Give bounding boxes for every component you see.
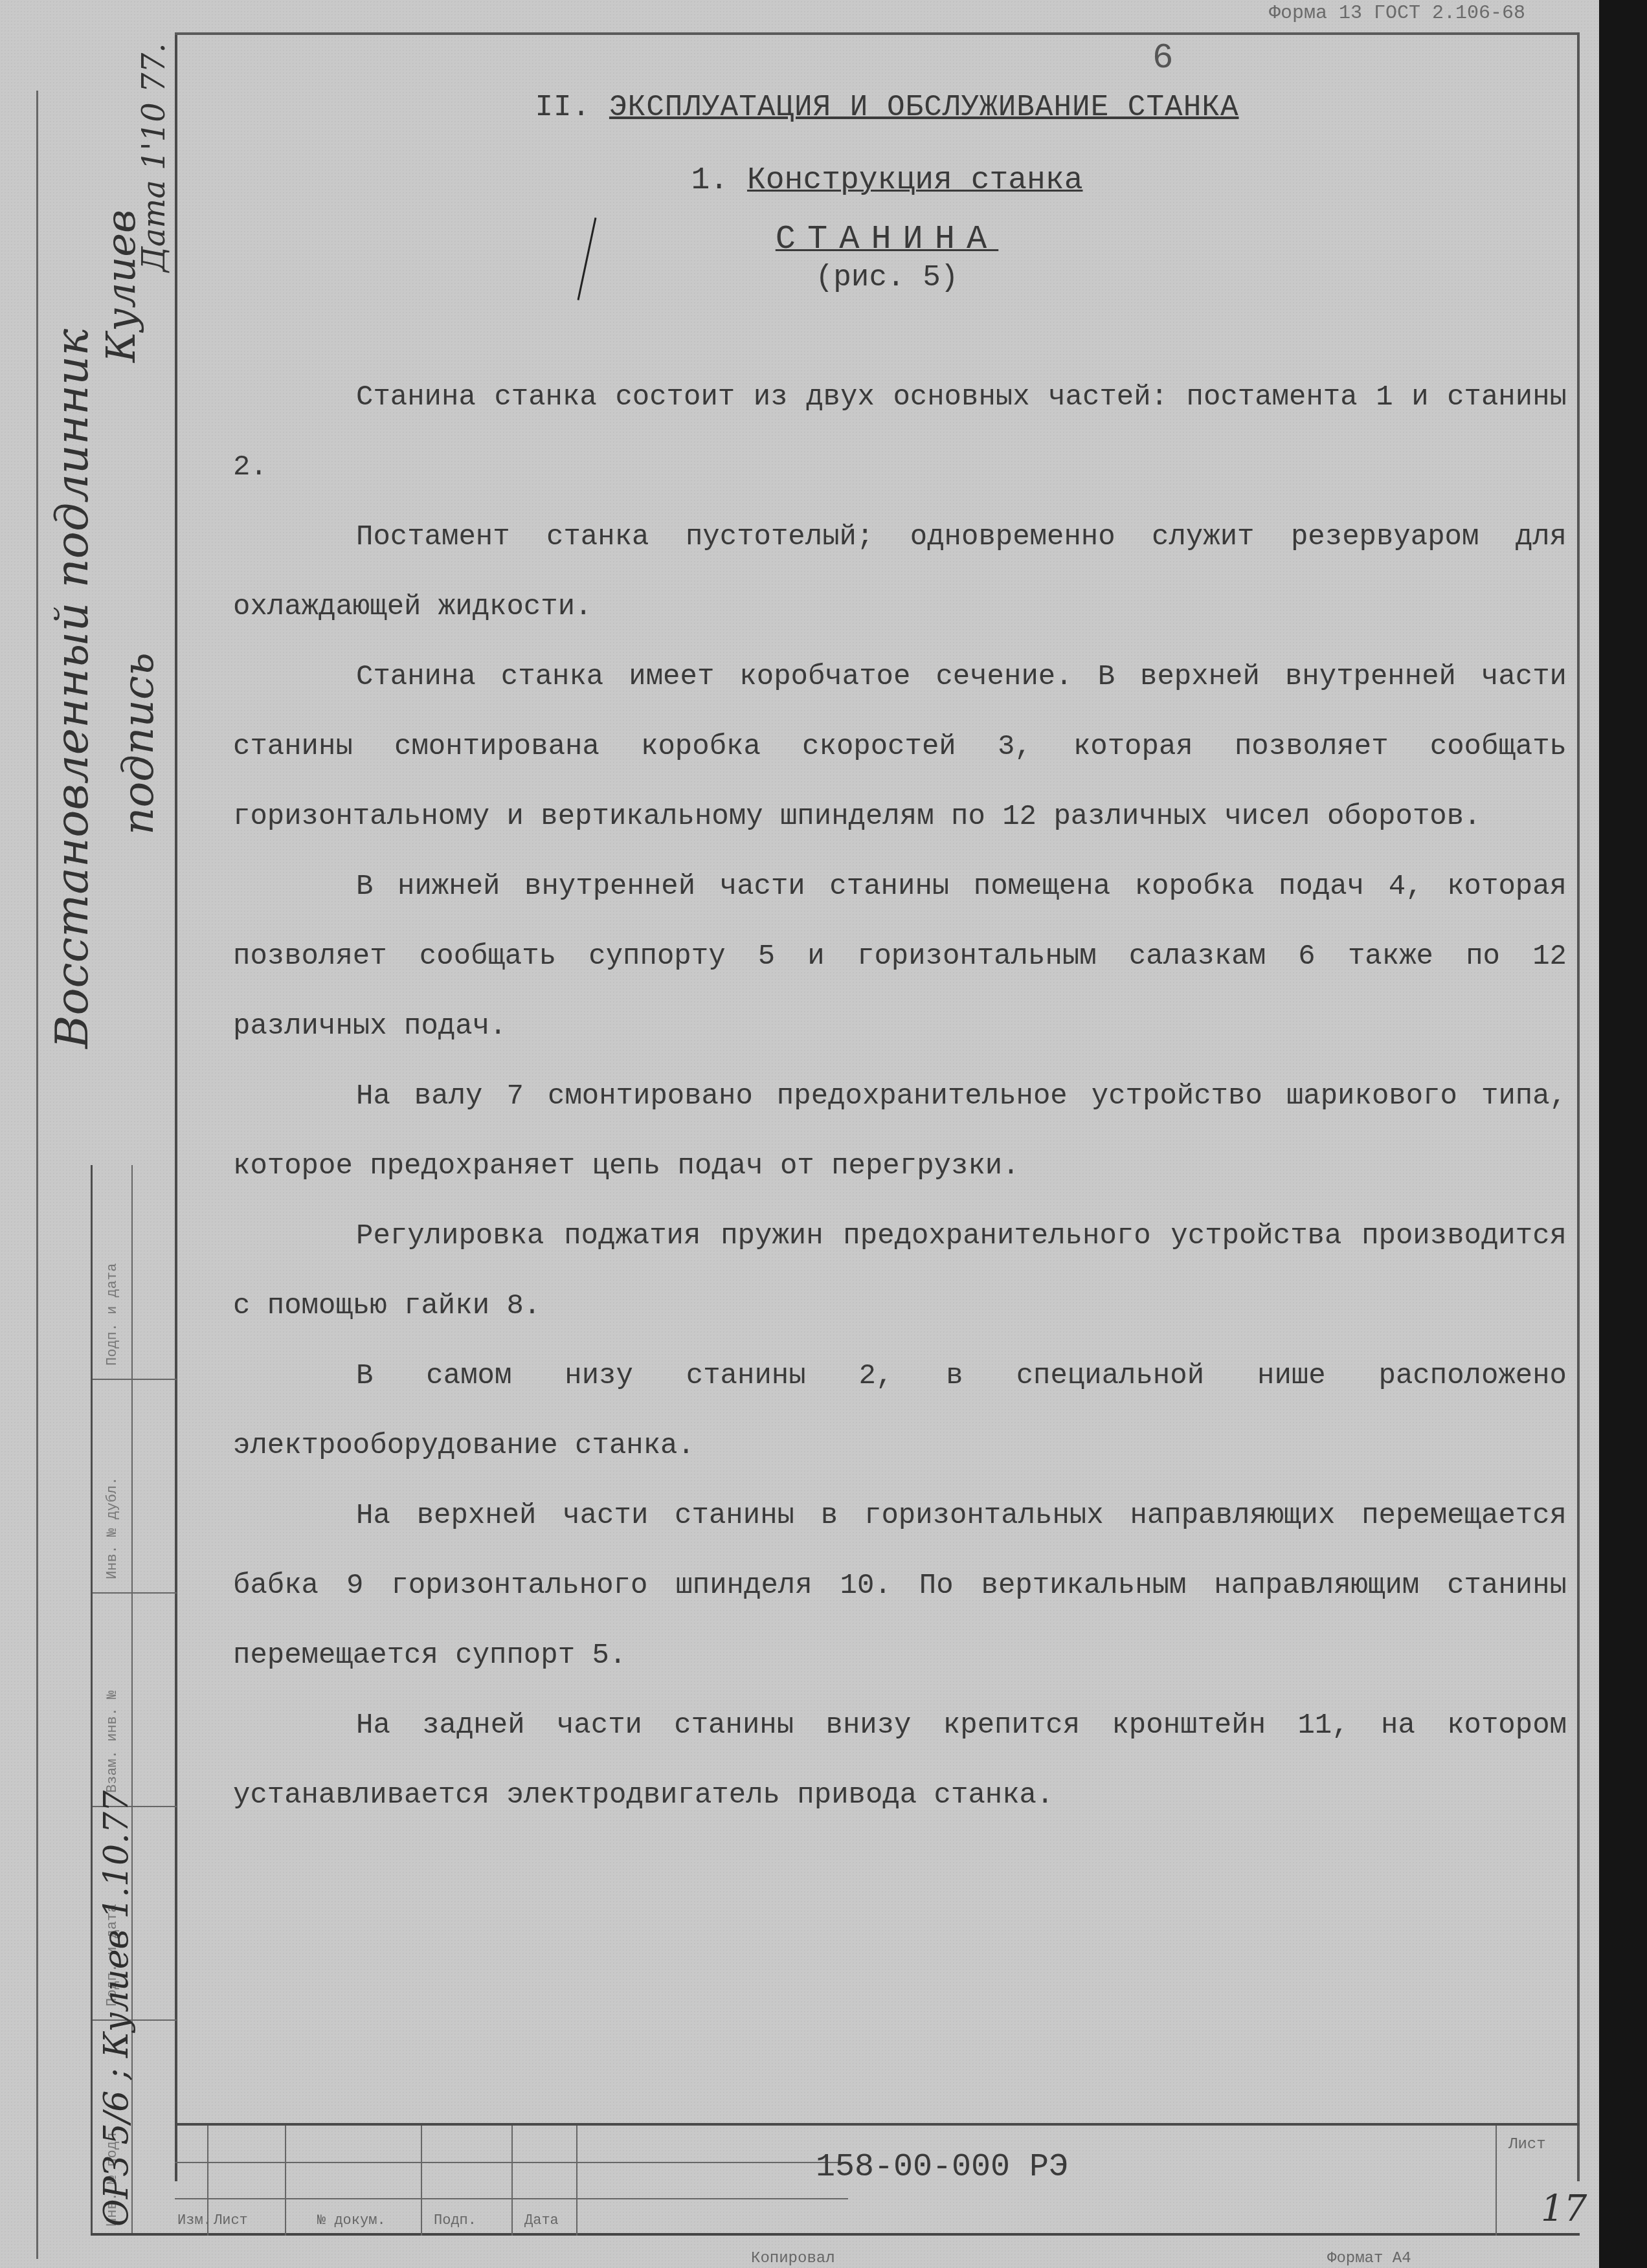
tb-col-label: Изм.: [177, 2212, 212, 2229]
paragraph: В нижней внутренней части станины помеще…: [233, 852, 1567, 1062]
headings: II. ЭКСПЛУАТАЦИЯ И ОБСЛУЖИВАНИЕ СТАНКА 1…: [194, 91, 1580, 295]
paragraph: На задней части станины внизу крепится к…: [233, 1691, 1567, 1830]
paragraph: Станина станка имеет коробчатое сечение.…: [233, 642, 1567, 852]
tb-col-label: Дата: [524, 2212, 559, 2229]
paragraph: В самом низу станины 2, в специальной ни…: [233, 1341, 1567, 1481]
stamp-row-line: [93, 1592, 177, 1594]
body-text: Станина станка состоит из двух основных …: [233, 362, 1567, 1830]
paragraph: Постамент станка пустотелый; одновременн…: [233, 502, 1567, 642]
subsection-heading: 1. Конструкция станка: [194, 163, 1580, 198]
paragraph: Регулировка поджатия пружин предохраните…: [233, 1201, 1567, 1341]
section-number: II.: [535, 91, 591, 124]
stamp-label: Подп. и дата: [104, 1263, 120, 1366]
tb-col-label: Подп.: [434, 2212, 476, 2229]
page-mark: 6: [1152, 39, 1173, 78]
paragraph: На валу 7 смонтировано предохранительное…: [233, 1062, 1567, 1201]
tb-row-line: [175, 2198, 848, 2199]
sheet-label: Лист: [1508, 2136, 1546, 2153]
stamp-label: Инв. № дубл.: [104, 1477, 120, 1579]
section-heading: II. ЭКСПЛУАТАЦИЯ И ОБСЛУЖИВАНИЕ СТАНКА: [194, 91, 1580, 124]
paragraph: Станина станка состоит из двух основных …: [233, 362, 1567, 502]
date-note: Дата 1'10 77.: [136, 43, 172, 272]
tb-divider: [1496, 2126, 1497, 2236]
figure-reference: (рис. 5): [194, 261, 1580, 295]
tb-divider: [511, 2126, 513, 2236]
tb-row-line: [175, 2162, 848, 2163]
tb-col-label: № докум.: [317, 2212, 386, 2229]
form-label: Форма 13 ГОСТ 2.106-68: [1269, 3, 1525, 25]
section-title: ЭКСПЛУАТАЦИЯ И ОБСЛУЖИВАНИЕ СТАНКА: [609, 91, 1239, 124]
restored-original-note: Восстановленный подлинник: [45, 329, 98, 1049]
tb-col-label: Лист: [214, 2212, 248, 2229]
format-label: Формат А4: [1327, 2250, 1411, 2267]
signature-label: подпись: [113, 652, 163, 835]
scan-border: [1599, 0, 1647, 2268]
tb-divider: [285, 2126, 286, 2236]
document-code: 158-00-000 РЭ: [816, 2149, 1068, 2186]
paragraph: На верхней части станины в горизонтальны…: [233, 1481, 1567, 1691]
tb-divider: [576, 2126, 577, 2236]
subsection-title: Конструкция станка: [747, 163, 1082, 198]
tb-divider: [421, 2126, 422, 2236]
stamp-handwriting: ОРЗ 5/6 ; Кулиев 1.10.77: [97, 1790, 136, 2227]
subsection-number: 1.: [691, 163, 729, 198]
margin-line: [36, 91, 38, 2259]
copied-label: Копировал: [751, 2250, 835, 2267]
page-title: СТАНИНА: [194, 220, 1580, 258]
stamp-row-line: [93, 1379, 177, 1380]
frame-border-top: [175, 32, 1580, 35]
stamp-label: Взам. инв. №: [104, 1691, 120, 1793]
sheet-number: 17: [1541, 2188, 1587, 2230]
frame-border-right: [1577, 32, 1580, 2181]
